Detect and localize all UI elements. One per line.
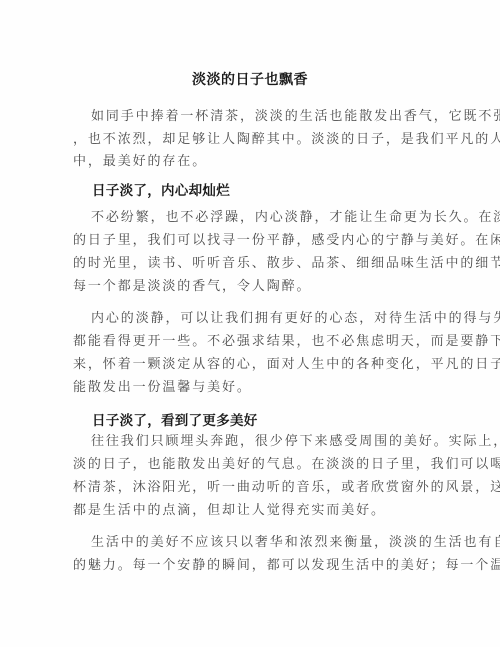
paragraph-line: 往往我们只顾埋头奔跑，很少停下来感受周围的美好。实际上，淡: [91, 434, 441, 450]
section-heading: 日子淡了，内心却灿烂: [92, 179, 230, 199]
paragraph-line: 淡的日子，也能散发出美好的气息。在淡淡的日子里，我们可以喝一: [73, 457, 423, 473]
document-title: 淡淡的日子也飘香: [0, 69, 500, 89]
section-heading: 日子淡了，看到了更多美好: [92, 409, 258, 429]
paragraph-line: 内心的淡静，可以让我们拥有更好的心态，对待生活中的得与失，: [91, 311, 441, 327]
paragraph-line: 如同手中捧着一杯清茶，淡淡的生活也能散发出香气，它既不张扬: [91, 109, 441, 125]
paragraph-line: 的魅力。每一个安静的瞬间，都可以发现生活中的美好；每一个温馨: [73, 558, 423, 574]
paragraph-line: 生活中的美好不应该只以奢华和浓烈来衡量，淡淡的生活也有自己: [91, 535, 441, 551]
paragraph-line: ，也不浓烈，却足够让人陶醉其中。淡淡的日子，是我们平凡的人生: [73, 132, 423, 148]
paragraph-line: 的日子里，我们可以找寻一份平静，感受内心的宁静与美好。在闲暇: [73, 233, 423, 249]
paragraph-line: 能散发出一份温馨与美好。: [73, 380, 423, 396]
paragraph-line: 中，最美好的存在。: [73, 154, 423, 170]
paragraph-line: 每一个都是淡淡的香气，令人陶醉。: [73, 279, 423, 295]
paragraph-line: 都是生活中的点滴，但却让人觉得充实而美好。: [73, 503, 423, 519]
paragraph-line: 不必纷繁，也不必浮躁，内心淡静，才能让生命更为长久。在淡淡: [91, 210, 441, 226]
document-page: 淡淡的日子也飘香 如同手中捧着一杯清茶，淡淡的生活也能散发出香气，它既不张扬 ，…: [0, 0, 500, 647]
paragraph-line: 的时光里，读书、听听音乐、散步、品茶、细细品味生活中的细节，: [73, 256, 423, 272]
paragraph-line: 都能看得更开一些。不必强求结果，也不必焦虑明天，而是要静下心: [73, 334, 423, 350]
paragraph-line: 杯清茶，沐浴阳光，听一曲动听的音乐，或者欣赏窗外的风景，这些: [73, 480, 423, 496]
paragraph-line: 来，怀着一颗淡定从容的心，面对人生中的各种变化，平凡的日子也: [73, 357, 423, 373]
